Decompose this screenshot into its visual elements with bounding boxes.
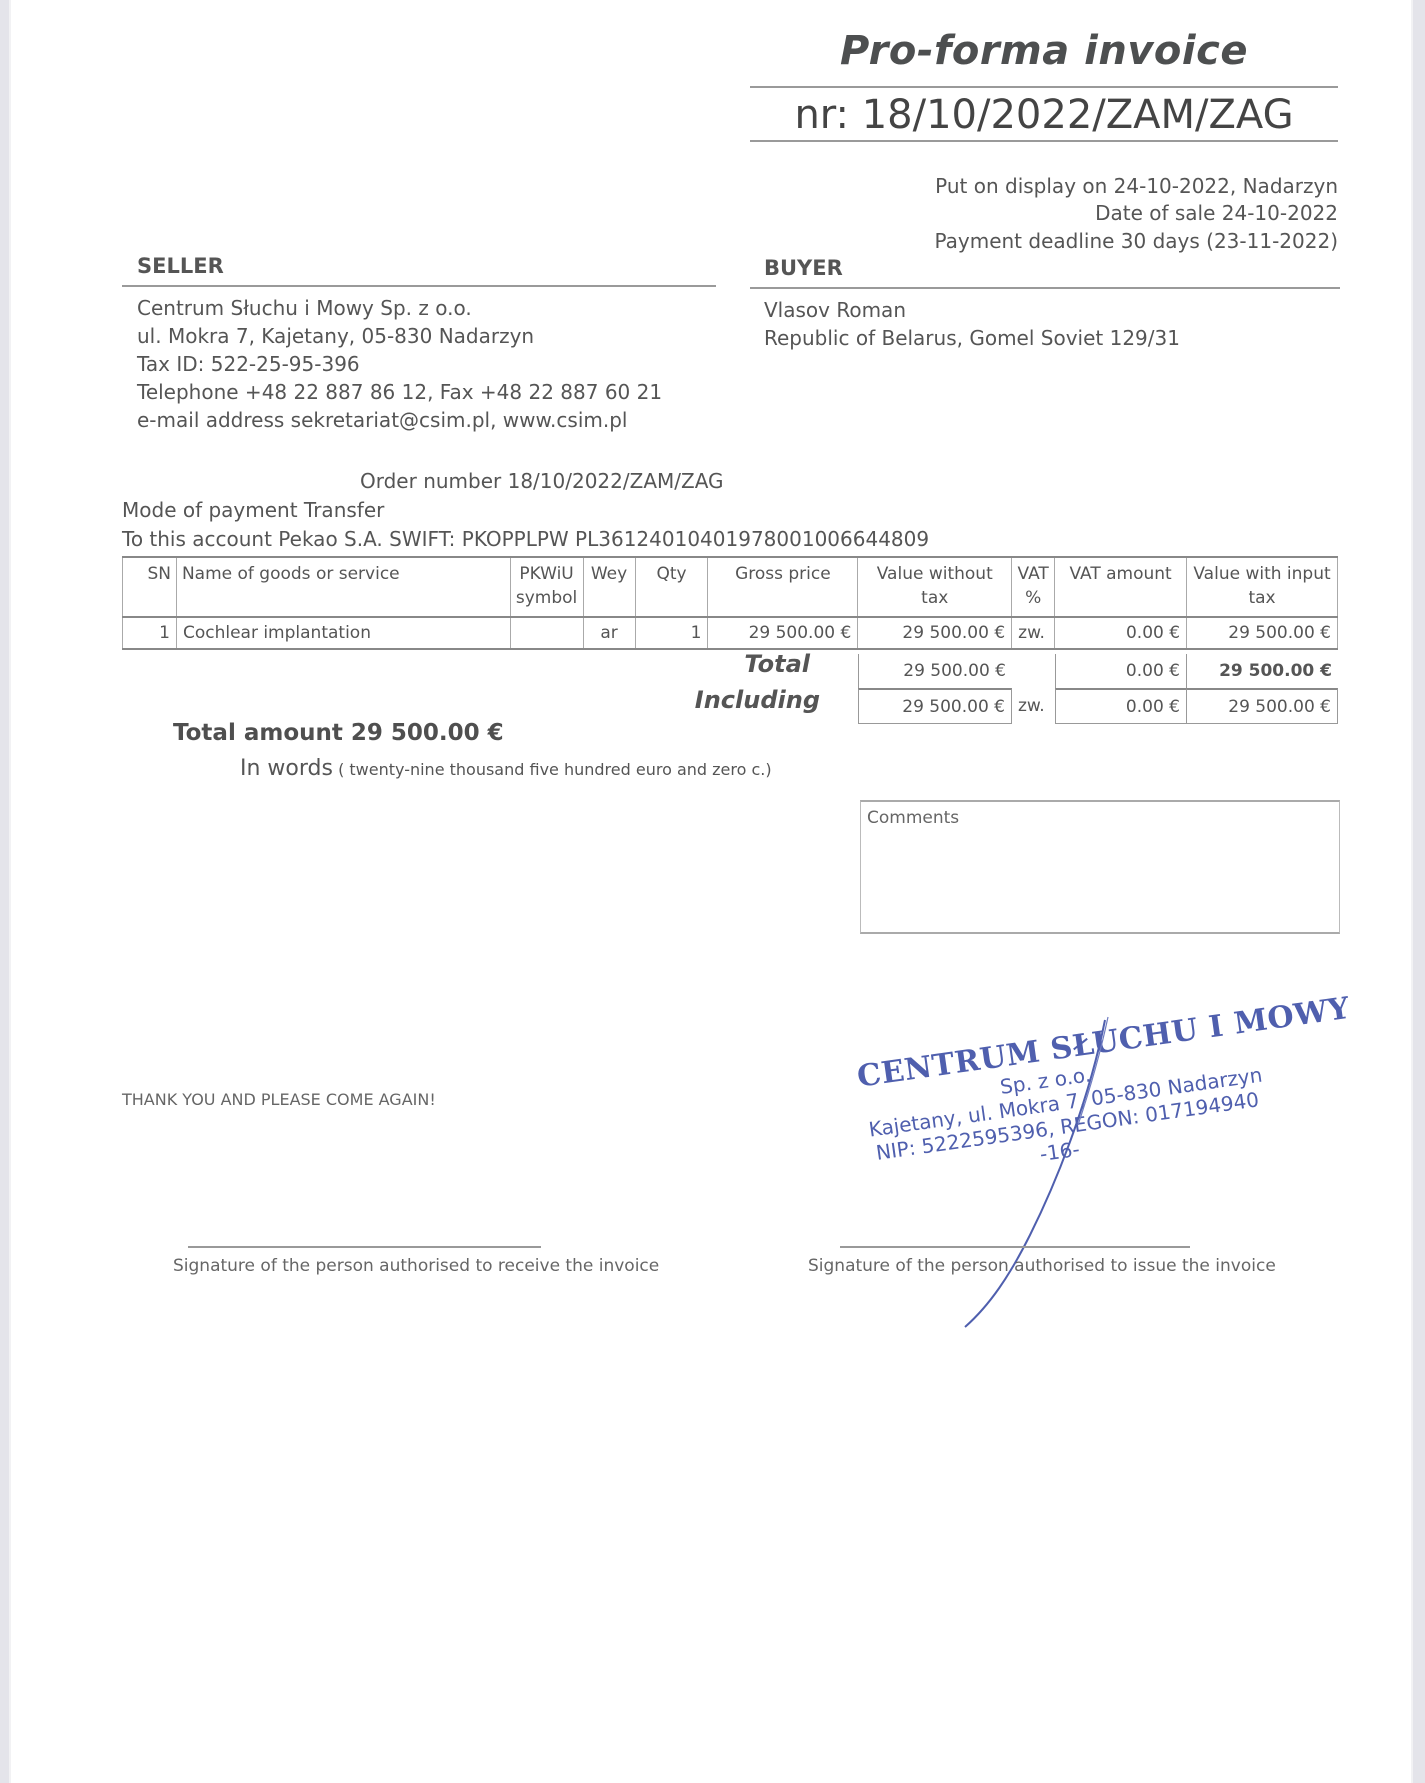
col-pkwiu: PKWiU symbol (510, 557, 583, 617)
row-vat-percent: zw. (1012, 617, 1055, 649)
including-vat-amount: 0.00 € (1055, 688, 1187, 724)
buyer-details: Vlasov Roman Republic of Belarus, Gomel … (764, 296, 1180, 352)
including-vat-percent: zw. (1018, 688, 1045, 724)
including-value-without-tax: 29 500.00 € (858, 688, 1012, 724)
bank-account: To this account Pekao S.A. SWIFT: PKOPPL… (122, 525, 929, 553)
seller-heading: SELLER (137, 254, 224, 278)
signature-line-issue (840, 1246, 1190, 1248)
comments-label: Comments (867, 808, 1333, 828)
including-value-with-tax: 29 500.00 € (1186, 688, 1338, 724)
row-qty: 1 (635, 617, 708, 649)
buyer-heading: BUYER (764, 256, 843, 280)
seller-tax-id: Tax ID: 522-25-95-396 (137, 350, 662, 378)
seller-details: Centrum Słuchu i Mowy Sp. z o.o. ul. Mok… (137, 294, 662, 434)
row-sn: 1 (123, 617, 177, 649)
in-words-value: ( twenty-nine thousand five hundred euro… (338, 760, 772, 779)
total-value-without-tax: 29 500.00 € (858, 654, 1012, 688)
page-edge-left (0, 0, 11, 1783)
seller-address: ul. Mokra 7, Kajetany, 05-830 Nadarzyn (137, 322, 662, 350)
comments-box: Comments (860, 800, 1340, 934)
including-label: Including (620, 686, 820, 714)
row-pkwiu (510, 617, 583, 649)
col-vat-percent: VAT % (1012, 557, 1055, 617)
row-vat-amount: 0.00 € (1055, 617, 1187, 649)
handwritten-signature (950, 1015, 1120, 1335)
title-rule-top (750, 86, 1338, 88)
total-vat-amount: 0.00 € (1055, 654, 1187, 688)
col-value-without-tax: Value without tax (858, 557, 1012, 617)
row-unit: ar (583, 617, 635, 649)
amount-in-words: In words ( twenty-nine thousand five hun… (240, 756, 772, 781)
row-name: Cochlear implantation (176, 617, 510, 649)
document-title: Pro-forma invoice (750, 28, 1338, 74)
row-gross-price: 29 500.00 € (708, 617, 858, 649)
total-value-with-tax: 29 500.00 € (1187, 654, 1338, 688)
buyer-address: Republic of Belarus, Gomel Soviet 129/31 (764, 324, 1180, 352)
col-value-with-tax: Value with input tax (1187, 557, 1338, 617)
thank-you-message: THANK YOU AND PLEASE COME AGAIN! (122, 1090, 436, 1109)
col-qty: Qty (635, 557, 708, 617)
date-of-sale: Date of sale 24-10-2022 (850, 201, 1338, 225)
col-sn: SN (123, 557, 177, 617)
col-name: Name of goods or service (176, 557, 510, 617)
seller-name: Centrum Słuchu i Mowy Sp. z o.o. (137, 294, 662, 322)
row-value-with-tax: 29 500.00 € (1187, 617, 1338, 649)
payment-deadline: Payment deadline 30 days (23-11-2022) (850, 229, 1338, 253)
buyer-name: Vlasov Roman (764, 296, 1180, 324)
col-unit: Wey (583, 557, 635, 617)
buyer-rule (750, 287, 1340, 289)
total-amount: Total amount 29 500.00 € (173, 720, 504, 746)
signature-line-receive (188, 1246, 541, 1248)
items-table: SN Name of goods or service PKWiU symbol… (122, 556, 1338, 650)
total-label: Total (620, 650, 810, 678)
table-row: 1 Cochlear implantation ar 1 29 500.00 €… (123, 617, 1338, 649)
order-number: Order number 18/10/2022/ZAM/ZAG (360, 467, 724, 495)
invoice-number: nr: 18/10/2022/ZAM/ZAG (750, 92, 1338, 138)
col-gross-price: Gross price (708, 557, 858, 617)
col-vat-amount: VAT amount (1055, 557, 1187, 617)
page-edge-right (1411, 0, 1425, 1783)
in-words-label: In words (240, 756, 333, 781)
put-on-display: Put on display on 24-10-2022, Nadarzyn (850, 174, 1338, 198)
row-value-without-tax: 29 500.00 € (858, 617, 1012, 649)
seller-rule (122, 285, 716, 287)
table-header-row: SN Name of goods or service PKWiU symbol… (123, 557, 1338, 617)
signature-label-issue: Signature of the person authorised to is… (808, 1256, 1276, 1276)
mode-of-payment: Mode of payment Transfer (122, 496, 384, 524)
title-rule-bottom (750, 140, 1338, 142)
signature-label-receive: Signature of the person authorised to re… (173, 1256, 659, 1276)
seller-email-web: e-mail address sekretariat@csim.pl, www.… (137, 406, 662, 434)
seller-phone-fax: Telephone +48 22 887 86 12, Fax +48 22 8… (137, 378, 662, 406)
